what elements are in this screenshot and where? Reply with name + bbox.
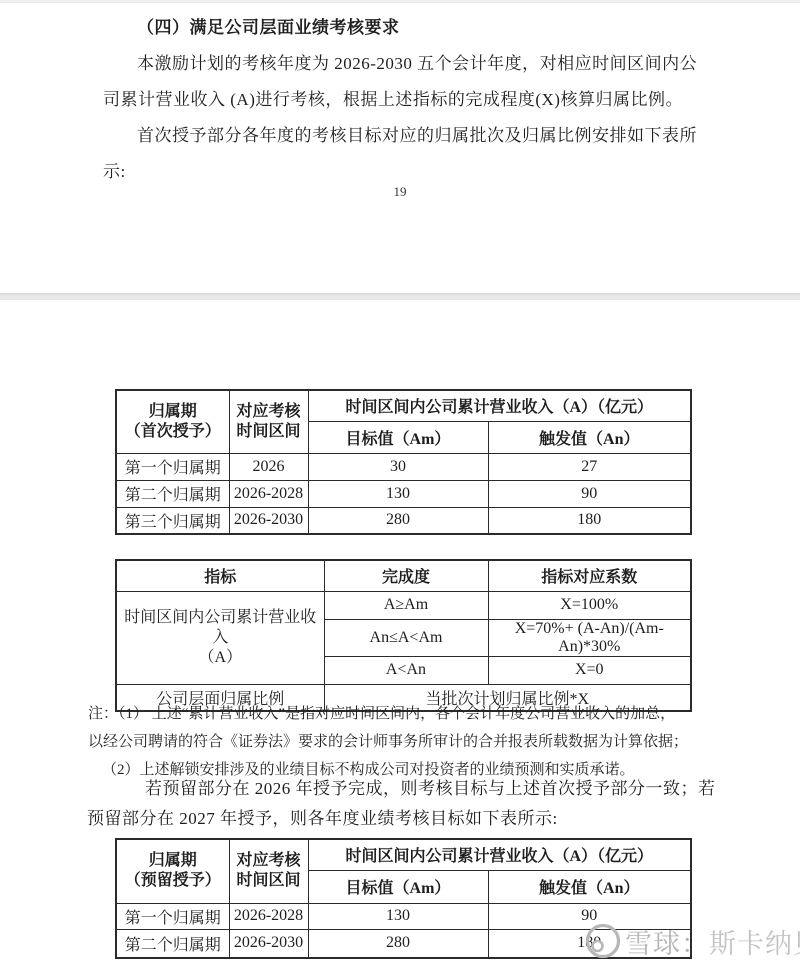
cell-period: 第一个归属期: [116, 453, 229, 480]
cell-target: 280: [308, 929, 488, 958]
page-break-divider: [0, 293, 800, 300]
cell-trigger: 90: [488, 480, 691, 507]
header-line: 归属期: [117, 402, 229, 422]
indicator-line: 时间区间内公司累计营业收入: [117, 608, 324, 648]
header-cell-range: 对应考核 时间区间: [229, 390, 308, 453]
xueqiu-logo-icon: [584, 922, 622, 963]
paragraph-line: 本激励计划的考核年度为 2026-2030 五个会计年度，对相应时间区间内公: [103, 46, 703, 82]
section-heading: （四）满足公司层面业绩考核要求: [103, 10, 703, 46]
cell-range: 2026-2030: [229, 929, 308, 958]
cell-period: 第二个归属期: [116, 480, 229, 507]
header-cell-factor: 指标对应系数: [488, 560, 691, 591]
header-line: （首次授予）: [117, 422, 229, 442]
table-row: 第一个归属期 2026 30 27: [116, 453, 691, 480]
header-cell-trigger: 触发值（An）: [488, 870, 691, 903]
header-line: 时间区间: [230, 871, 308, 891]
paragraph-line: 若预留部分在 2026 年授予完成，则考核目标与上述首次授予部分一致；若: [87, 774, 737, 804]
header-line: 归属期: [117, 851, 229, 871]
watermark-username: 斯卡纳贝: [709, 929, 800, 959]
header-cell-indicator: 指标: [116, 560, 324, 591]
viewer-top-edge: [0, 0, 800, 3]
coefficient-table: 指标 完成度 指标对应系数 时间区间内公司累计营业收入 （A） A≥Am X=1…: [115, 559, 692, 712]
header-line: 对应考核: [230, 402, 308, 422]
header-cell-range: 对应考核 时间区间: [229, 839, 308, 903]
note-line: 注：（1） 上述“累计营业收入”是指对应时间区间内，各个会计年度公司营业收入的加…: [88, 700, 753, 728]
header-cell-revenue-span: 时间区间内公司累计营业收入（A）（亿元）: [308, 390, 691, 421]
header-cell-target: 目标值（Am）: [308, 421, 488, 453]
cell-trigger: 180: [488, 507, 691, 534]
cell-target: 130: [308, 480, 488, 507]
document-page: （四）满足公司层面业绩考核要求 本激励计划的考核年度为 2026-2030 五个…: [0, 0, 800, 963]
cell-range: 2026-2030: [229, 507, 308, 534]
cell-period: 第二个归属期: [116, 929, 229, 958]
header-line: 时间区间: [230, 422, 308, 442]
table-row: 第二个归属期 2026-2028 130 90: [116, 480, 691, 507]
table-row: 时间区间内公司累计营业收入 （A） A≥Am X=100%: [116, 591, 691, 619]
cell-completion: A≥Am: [324, 591, 488, 619]
paragraph-line: 司累计营业收入 (A)进行考核，根据上述指标的完成程度(X)核算归属比例。: [103, 82, 703, 118]
header-line: 对应考核: [230, 851, 308, 871]
cell-period: 第三个归属期: [116, 507, 229, 534]
cell-factor: X=70%+ (A-An)/(Am-An)*30%: [488, 619, 691, 656]
cell-range: 2026: [229, 453, 308, 480]
page1-body: （四）满足公司层面业绩考核要求 本激励计划的考核年度为 2026-2030 五个…: [103, 10, 703, 190]
cell-range: 2026-2028: [229, 903, 308, 929]
cell-trigger: 27: [488, 453, 691, 480]
header-cell-completion: 完成度: [324, 560, 488, 591]
cell-target: 30: [308, 453, 488, 480]
first-grant-table: 归属期 （首次授予） 对应考核 时间区间 时间区间内公司累计营业收入（A）（亿元…: [115, 389, 692, 535]
table-row: 第三个归属期 2026-2030 280 180: [116, 507, 691, 534]
cell-target: 280: [308, 507, 488, 534]
header-cell-period: 归属期 （首次授予）: [116, 390, 229, 453]
cell-target: 130: [308, 903, 488, 929]
cell-completion: An≤A<Am: [324, 619, 488, 656]
cell-completion: A<An: [324, 656, 488, 684]
header-cell-trigger: 触发值（An）: [488, 421, 691, 453]
header-line: （预留授予）: [117, 871, 229, 891]
header-cell-target: 目标值（Am）: [308, 870, 488, 903]
cell-factor: X=100%: [488, 591, 691, 619]
watermark-text: 雪球：斯卡纳贝: [625, 925, 800, 963]
paragraph-line: 预留部分在 2027 年授予，则各年度业绩考核目标如下表所示:: [87, 804, 737, 834]
watermark-brand: 雪球：: [625, 929, 709, 959]
indicator-line: （A）: [117, 648, 324, 668]
cell-period: 第一个归属期: [116, 903, 229, 929]
notes-block: 注：（1） 上述“累计营业收入”是指对应时间区间内，各个会计年度公司营业收入的加…: [88, 700, 753, 784]
cell-factor: X=0: [488, 656, 691, 684]
cell-indicator: 时间区间内公司累计营业收入 （A）: [116, 591, 324, 684]
cell-range: 2026-2028: [229, 480, 308, 507]
watermark: 雪球：斯卡纳贝: [584, 922, 800, 963]
paragraph-line: 首次授予部分各年度的考核目标对应的归属批次及归属比例安排如下表所: [103, 118, 703, 154]
reserved-paragraph: 若预留部分在 2026 年授予完成，则考核目标与上述首次授予部分一致；若 预留部…: [87, 774, 737, 834]
header-cell-revenue-span: 时间区间内公司累计营业收入（A）（亿元）: [308, 839, 691, 870]
page-number: 19: [103, 184, 697, 200]
header-cell-period: 归属期 （预留授予）: [116, 839, 229, 903]
note-line: 以经公司聘请的符合《证券法》要求的会计师事务所审计的合并报表所载数据为计算依据；: [88, 728, 753, 756]
